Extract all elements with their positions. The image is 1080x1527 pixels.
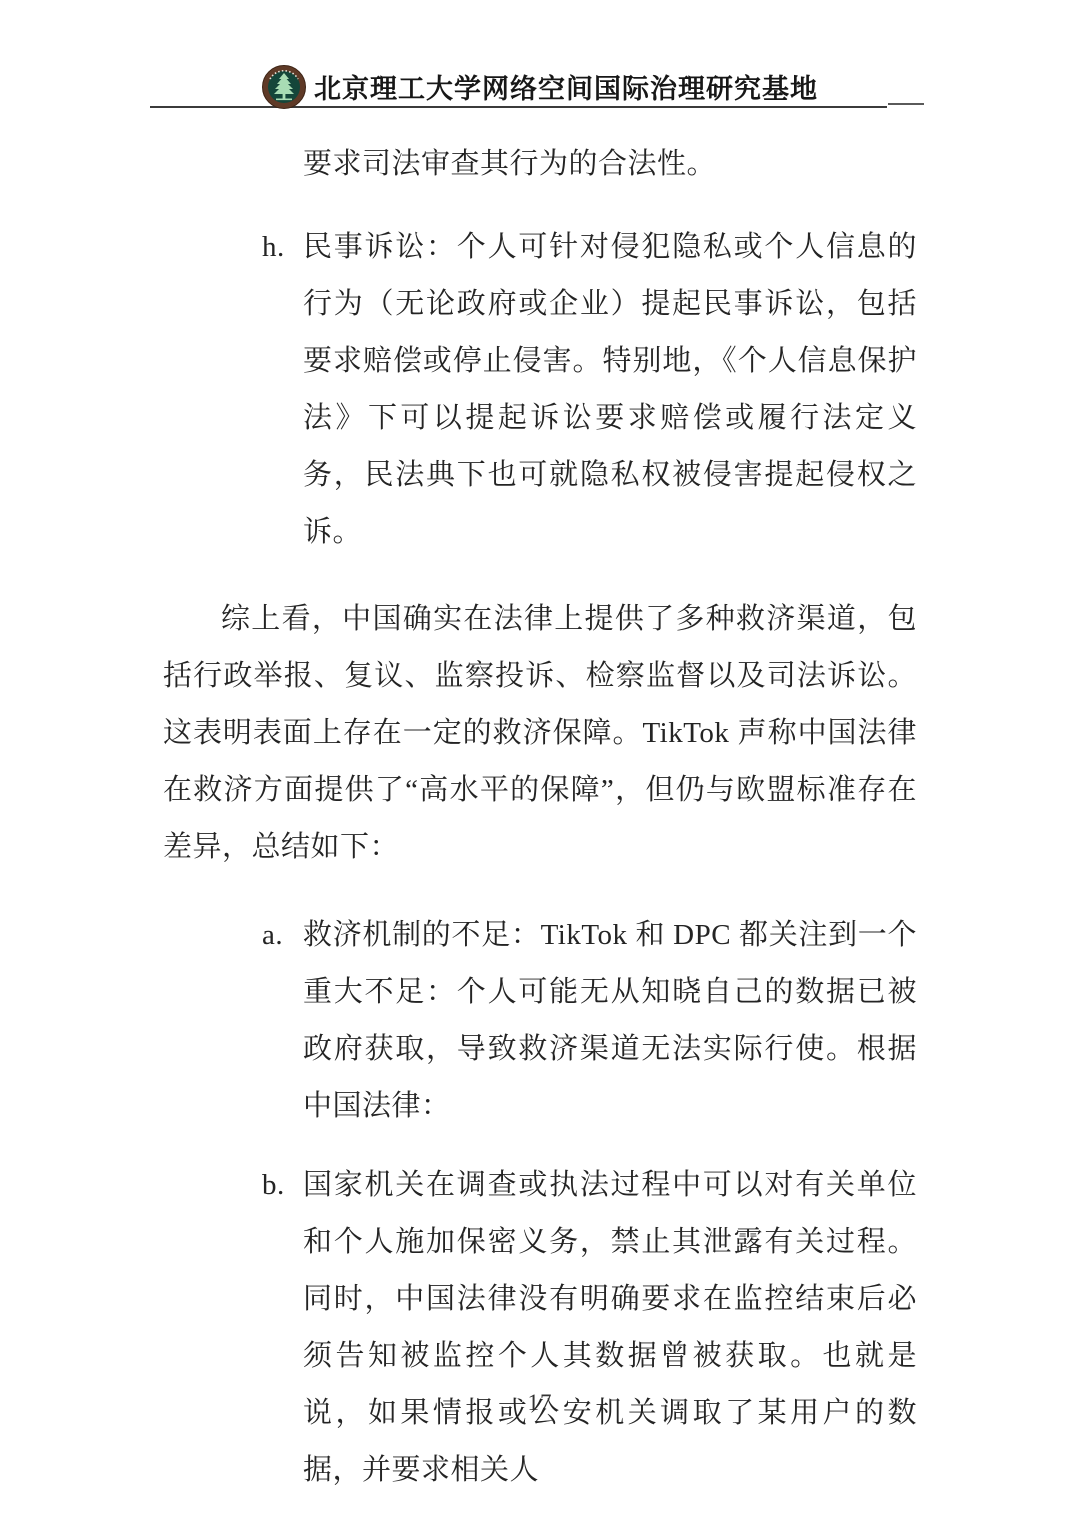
- document-page: 北京理工大学网络空间国际治理研究基地 要求司法审查其行为的合法性。 h. 民事诉…: [0, 0, 1080, 1527]
- list-item-text: 救济机制的不足：TikTok 和 DPC 都关注到一个重大不足：个人可能无从知晓…: [303, 907, 917, 1135]
- page-header: 北京理工大学网络空间国际治理研究基地: [0, 60, 1080, 112]
- paragraph-continuation: 要求司法审查其行为的合法性。: [163, 136, 917, 193]
- university-emblem-icon: [262, 65, 306, 109]
- document-body: 要求司法审查其行为的合法性。 h. 民事诉讼：个人可针对侵犯隐私或个人信息的行为…: [163, 136, 917, 1499]
- header-title: 北京理工大学网络空间国际治理研究基地: [314, 67, 818, 106]
- list-item-a: a. 救济机制的不足：TikTok 和 DPC 都关注到一个重大不足：个人可能无…: [163, 907, 917, 1135]
- summary-paragraph: 综上看，中国确实在法律上提供了多种救济渠道，包括行政举报、复议、监察投诉、检察监…: [163, 591, 917, 876]
- list-item-text: 国家机关在调查或执法过程中可以对有关单位和个人施加保密义务，禁止其泄露有关过程。…: [303, 1157, 917, 1499]
- list-item-h: h. 民事诉讼：个人可针对侵犯隐私或个人信息的行为（无论政府或企业）提起民事诉讼…: [163, 219, 917, 561]
- list-marker: b.: [262, 1157, 303, 1214]
- page-number: 17: [0, 1390, 1080, 1416]
- list-marker: h.: [262, 219, 303, 276]
- list-marker: a.: [262, 907, 303, 964]
- list-item-text: 民事诉讼：个人可针对侵犯隐私或个人信息的行为（无论政府或企业）提起民事诉讼，包括…: [303, 219, 917, 561]
- list-item-b: b. 国家机关在调查或执法过程中可以对有关单位和个人施加保密义务，禁止其泄露有关…: [163, 1157, 917, 1499]
